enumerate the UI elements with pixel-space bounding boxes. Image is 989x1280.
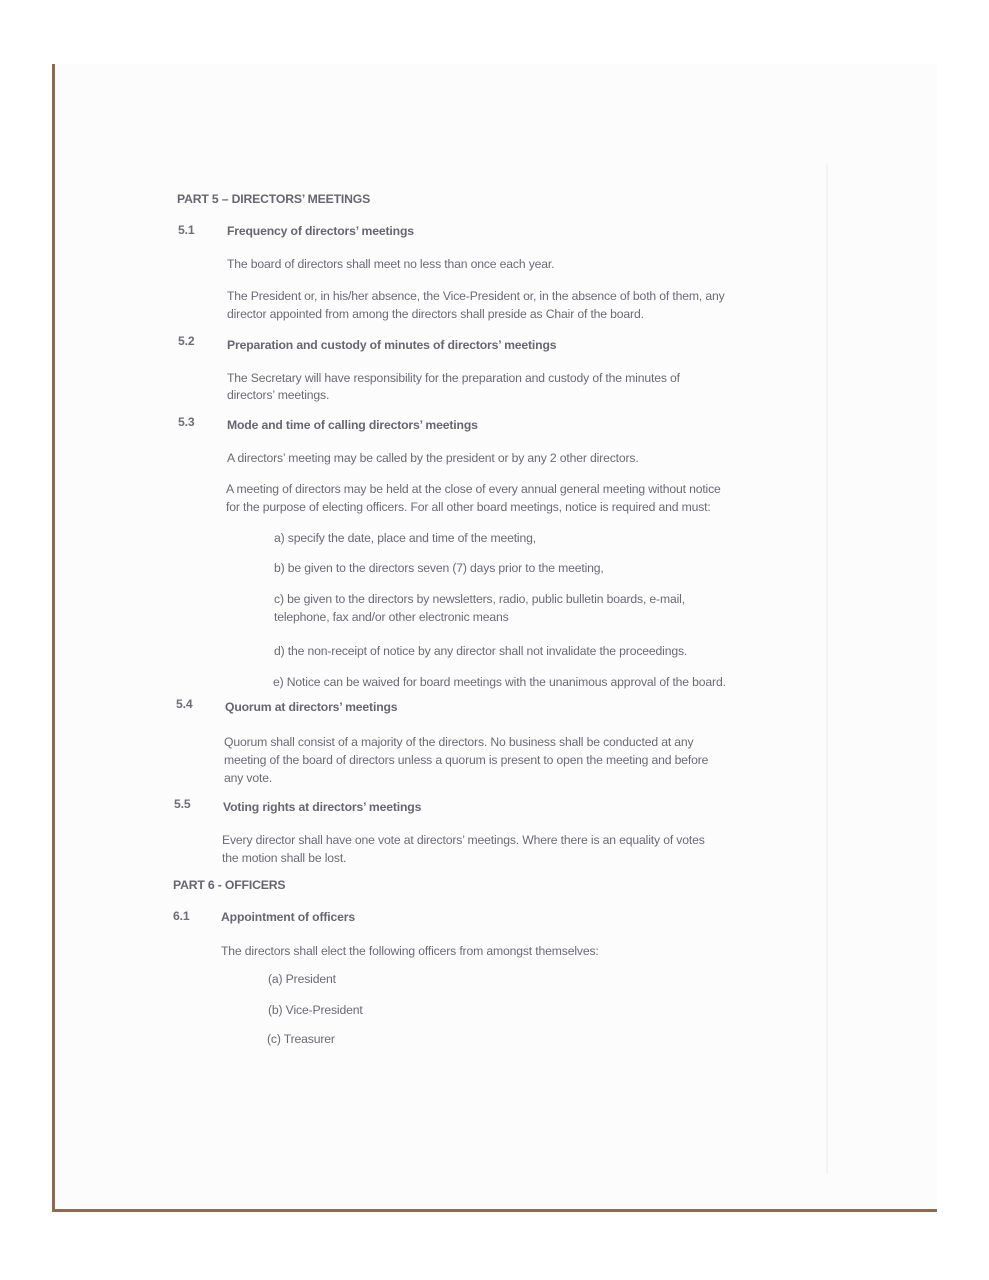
section-6-1-para: The directors shall elect the following …: [221, 944, 599, 958]
section-5-3-heading: Mode and time of calling directors’ meet…: [227, 418, 478, 432]
officer-item-president: (a) President: [268, 972, 336, 986]
section-5-5-para-line-2: the motion shall be lost.: [222, 851, 346, 865]
section-5-5-heading: Voting rights at directors’ meetings: [223, 800, 421, 814]
part-6-title: PART 6 - OFFICERS: [173, 878, 285, 892]
section-5-4-para-line-1: Quorum shall consist of a majority of th…: [224, 735, 694, 749]
officer-item-vice-president: (b) Vice-President: [268, 1003, 363, 1017]
section-5-2-number: 5.2: [178, 334, 195, 348]
page-content: PART 5 – DIRECTORS’ MEETINGS 5.1 Frequen…: [55, 64, 937, 1209]
notice-item-e: e) Notice can be waived for board meetin…: [273, 675, 726, 689]
section-5-4-para-line-2: meeting of the board of directors unless…: [224, 753, 708, 767]
notice-item-c-line-2: telephone, fax and/or other electronic m…: [274, 610, 509, 624]
section-5-1-para-2-line-2: director appointed from among the direct…: [227, 307, 644, 321]
section-5-5-para-line-1: Every director shall have one vote at di…: [222, 833, 705, 847]
officer-item-treasurer: (c) Treasurer: [267, 1032, 335, 1046]
section-6-1-number: 6.1: [173, 909, 190, 923]
section-5-2-para-line-1: The Secretary will have responsibility f…: [227, 371, 680, 385]
section-5-1-para-2-line-1: The President or, in his/her absence, th…: [227, 289, 725, 303]
section-5-1-heading: Frequency of directors’ meetings: [227, 224, 414, 238]
part-5-title: PART 5 – DIRECTORS’ MEETINGS: [177, 192, 370, 206]
notice-item-b: b) be given to the directors seven (7) d…: [274, 561, 604, 575]
notice-item-a: a) specify the date, place and time of t…: [274, 531, 536, 545]
section-5-1-number: 5.1: [178, 223, 195, 237]
section-5-3-para-1: A directors’ meeting may be called by th…: [227, 451, 639, 465]
section-5-5-number: 5.5: [174, 797, 191, 811]
section-5-3-para-2-line-2: for the purpose of electing officers. Fo…: [226, 500, 711, 514]
notice-item-c-line-1: c) be given to the directors by newslett…: [274, 592, 685, 606]
section-6-1-heading: Appointment of officers: [221, 910, 355, 924]
section-5-2-heading: Preparation and custody of minutes of di…: [227, 338, 556, 352]
notice-item-d: d) the non-receipt of notice by any dire…: [274, 644, 687, 658]
document-page: PART 5 – DIRECTORS’ MEETINGS 5.1 Frequen…: [52, 64, 937, 1212]
section-5-4-para-line-3: any vote.: [224, 771, 272, 785]
section-5-4-heading: Quorum at directors’ meetings: [225, 700, 397, 714]
section-5-3-number: 5.3: [178, 415, 195, 429]
section-5-1-para-1: The board of directors shall meet no les…: [227, 257, 554, 271]
section-5-2-para-line-2: directors’ meetings.: [227, 388, 329, 402]
section-5-3-para-2-line-1: A meeting of directors may be held at th…: [226, 482, 721, 496]
section-5-4-number: 5.4: [176, 697, 193, 711]
